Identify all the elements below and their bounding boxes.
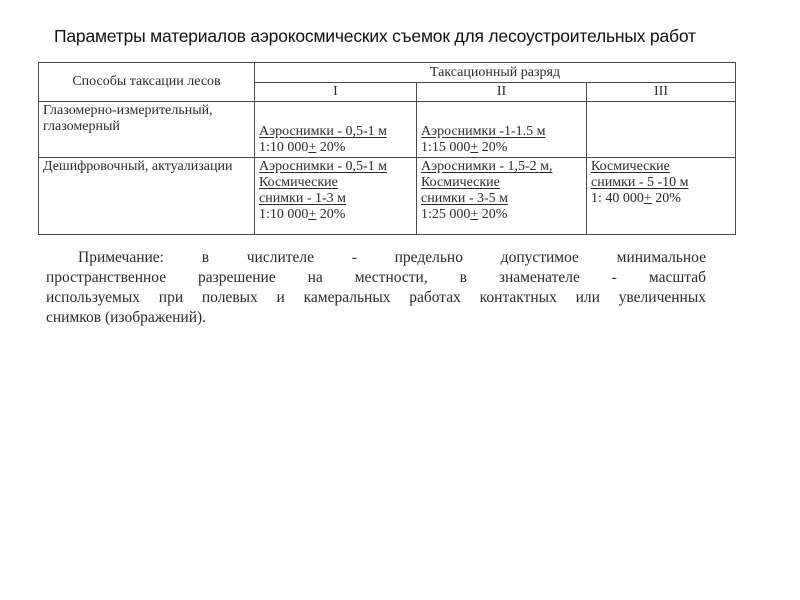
resolution-line: Космические: [591, 159, 731, 175]
header-category: Таксационный разряд: [255, 63, 736, 83]
resolution-line: Аэроснимки - 0,5-1 м: [259, 159, 412, 175]
note-line: используемых при полевых и камеральных р…: [46, 288, 706, 308]
resolution-line: Аэроснимки -1-1.5 м: [421, 124, 582, 140]
resolution-line: Космические: [259, 175, 412, 191]
header-category-2: II: [417, 83, 587, 102]
note-line: пространственное разрешение на местности…: [46, 268, 706, 288]
slide-title: Параметры материалов аэрокосмических съе…: [54, 26, 754, 46]
resolution-line: снимки - 5 -10 м: [591, 175, 731, 191]
method-cell: Глазомерно-измерительный, глазомерный: [39, 102, 255, 158]
taxation-parameters-table: Способы таксации лесов Таксационный разр…: [38, 62, 736, 235]
resolution-line: Космические: [421, 175, 582, 191]
header-category-3: III: [587, 83, 736, 102]
resolution-line: Аэроснимки - 1,5-2 м,: [421, 159, 582, 175]
scale-line: 1: 40 000+ 20%: [591, 191, 731, 207]
note-line: Примечание: в числителе - предельно допу…: [46, 248, 706, 268]
header-methods: Способы таксации лесов: [39, 63, 255, 102]
resolution-line: снимки - 3-5 м: [421, 191, 582, 207]
scale-line: 1:25 000+ 20%: [421, 207, 582, 223]
param-cell: Аэроснимки - 0,5-1 мКосмическиеснимки - …: [255, 158, 417, 235]
plus-minus-symbol: +: [644, 191, 652, 206]
scale-line: 1:10 000+ 20%: [259, 207, 412, 223]
resolution-line: снимки - 1-3 м: [259, 191, 412, 207]
param-cell: Аэроснимки - 1,5-2 м,Космические снимки …: [417, 158, 587, 235]
param-cell: [587, 102, 736, 158]
table-note: Примечание: в числителе - предельно допу…: [46, 248, 706, 328]
table-row: Дешифровочный, актуализации Аэроснимки -…: [39, 158, 736, 235]
header-category-1: I: [255, 83, 417, 102]
note-line: снимков (изображений).: [46, 308, 706, 328]
scanned-table-image: Способы таксации лесов Таксационный разр…: [38, 62, 736, 235]
resolution-line: Аэроснимки - 0,5-1 м: [259, 124, 412, 140]
scale-line: 1:15 000+ 20%: [421, 140, 582, 156]
param-cell: Аэроснимки -1-1.5 м1:15 000+ 20%: [417, 102, 587, 158]
method-cell: Дешифровочный, актуализации: [39, 158, 255, 235]
scale-line: 1:10 000+ 20%: [259, 140, 412, 156]
table-row: Глазомерно-измерительный, глазомерный Аэ…: [39, 102, 736, 158]
param-cell: Космическиеснимки - 5 -10 м1: 40 000+ 20…: [587, 158, 736, 235]
param-cell: Аэроснимки - 0,5-1 м1:10 000+ 20%: [255, 102, 417, 158]
